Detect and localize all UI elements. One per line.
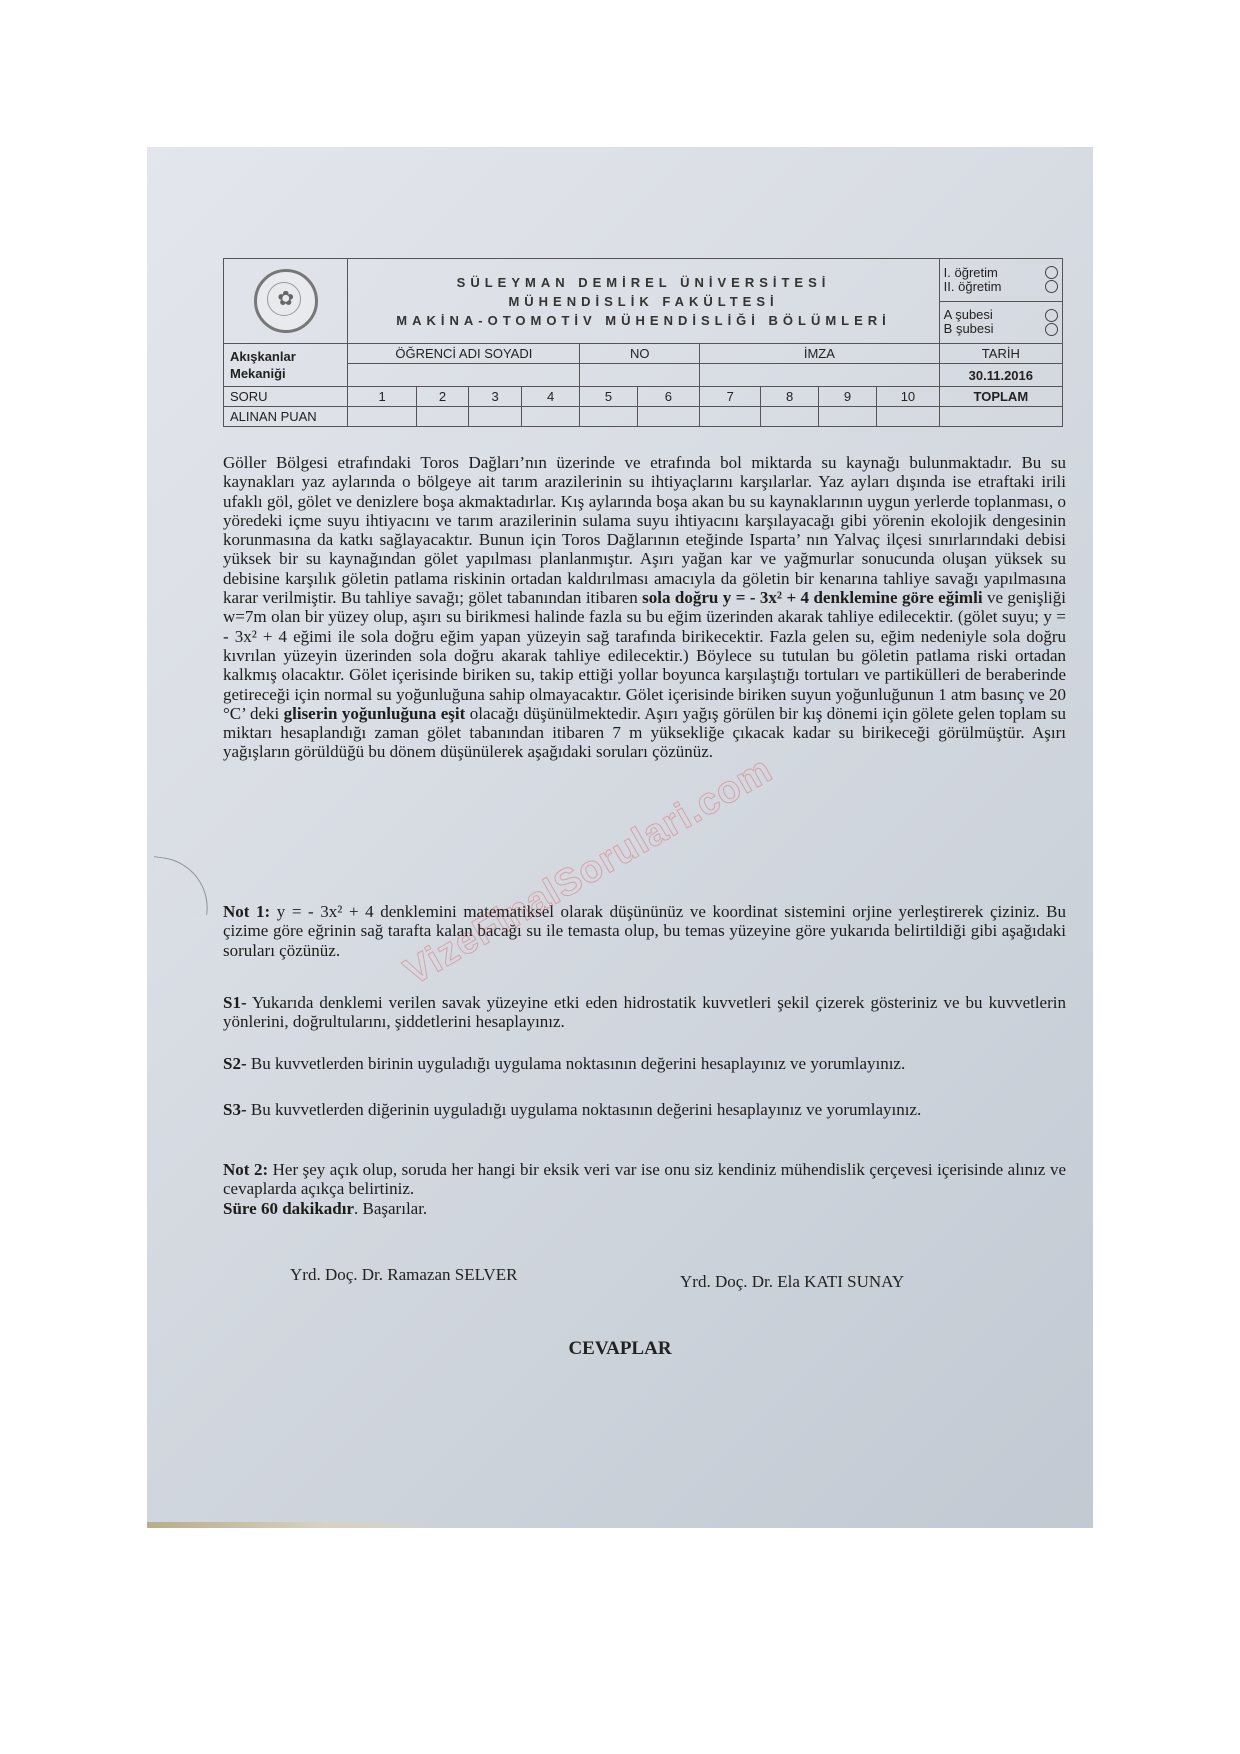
institution-title: SÜLEYMAN DEMİREL ÜNİVERSİTESİ MÜHENDİSLİ… (348, 259, 939, 344)
signature-label: İMZA (700, 344, 940, 364)
closing-text: . Başarılar. (354, 1199, 427, 1218)
score-cell[interactable] (580, 407, 637, 427)
question-row-label: SORU (224, 387, 348, 407)
course-name: Akışkanlar Mekaniği (224, 344, 348, 387)
exam-header-table: SÜLEYMAN DEMİREL ÜNİVERSİTESİ MÜHENDİSLİ… (223, 258, 1063, 427)
score-cell[interactable] (637, 407, 699, 427)
question-number: 6 (637, 387, 699, 407)
signature-field[interactable] (700, 364, 940, 387)
option-label: I. öğretim (944, 266, 998, 280)
section-options: A şubesi B şubesi (939, 301, 1062, 344)
student-no-field[interactable] (580, 364, 700, 387)
question-3: S3- Bu kuvvetlerden diğerinin uyguladığı… (223, 1100, 1066, 1119)
problem-statement: Göller Bölgesi etrafındaki Toros Dağları… (223, 453, 1066, 762)
text-span: Göller Bölgesi etrafındaki Toros Dağları… (223, 453, 1066, 607)
duration-text: Süre 60 dakikadır (223, 1199, 354, 1218)
note-text: y = - 3x² + 4 denklemini matematiksel ol… (223, 902, 1066, 960)
text-span: ve genişliği w=7m olan bir yüzey olup, a… (223, 588, 1066, 723)
faculty-name: MÜHENDİSLİK FAKÜLTESİ (348, 292, 938, 311)
university-name: SÜLEYMAN DEMİREL ÜNİVERSİTESİ (348, 273, 938, 292)
department-name: MAKİNA-OTOMOTİV MÜHENDİSLİĞİ BÖLÜMLERİ (348, 311, 938, 330)
student-name-label: ÖĞRENCİ ADI SOYADI (348, 344, 580, 364)
option-label: II. öğretim (944, 280, 1002, 294)
total-score-cell[interactable] (939, 407, 1062, 427)
question-number: 4 (521, 387, 579, 407)
score-cell[interactable] (700, 407, 761, 427)
question-label: S1- (223, 993, 247, 1012)
question-number: 8 (761, 387, 818, 407)
score-cell[interactable] (521, 407, 579, 427)
radio-circle-icon[interactable] (1045, 309, 1058, 322)
score-cell[interactable] (761, 407, 818, 427)
question-text: Yukarıda denklemi verilen savak yüzeyine… (223, 993, 1066, 1031)
question-text: Bu kuvvetlerden birinin uyguladığı uygul… (247, 1054, 906, 1073)
score-cell[interactable] (818, 407, 876, 427)
note-label: Not 1: (223, 902, 270, 921)
question-2: S2- Bu kuvvetlerden birinin uyguladığı u… (223, 1054, 1066, 1073)
note-label: Not 2: (223, 1160, 268, 1179)
question-label: S2- (223, 1054, 247, 1073)
question-1: S1- Yukarıda denklemi verilen savak yüze… (223, 993, 1066, 1032)
score-cell[interactable] (877, 407, 939, 427)
question-number: 3 (469, 387, 522, 407)
score-cell[interactable] (348, 407, 416, 427)
question-number: 1 (348, 387, 416, 407)
question-number: 5 (580, 387, 637, 407)
radio-circle-icon[interactable] (1045, 280, 1058, 293)
instructor-signature-left: Yrd. Doç. Dr. Ramazan SELVER (290, 1265, 517, 1285)
score-cell[interactable] (416, 407, 469, 427)
date-value: 30.11.2016 (939, 364, 1062, 387)
student-no-label: NO (580, 344, 700, 364)
radio-circle-icon[interactable] (1045, 266, 1058, 279)
score-cell[interactable] (469, 407, 522, 427)
option-label: B şubesi (944, 322, 994, 336)
score-row-label: ALINAN PUAN (224, 407, 348, 427)
radio-circle-icon[interactable] (1045, 323, 1058, 336)
question-number: 2 (416, 387, 469, 407)
total-label: TOPLAM (939, 387, 1062, 407)
note-2: Not 2: Her şey açık olup, soruda her han… (223, 1160, 1066, 1218)
answers-heading: CEVAPLAR (0, 1338, 1240, 1360)
logo-cell (224, 259, 348, 344)
question-label: S3- (223, 1100, 247, 1119)
option-label: A şubesi (944, 308, 993, 322)
note-1: Not 1: y = - 3x² + 4 denklemini matemati… (223, 902, 1066, 960)
emphasis-density: gliserin yoğunluğuna eşit (284, 704, 466, 723)
instructor-signature-right: Yrd. Doç. Dr. Ela KATI SUNAY (680, 1272, 904, 1292)
emphasis-equation: sola doğru y = - 3x² + 4 denklemine göre… (642, 588, 982, 607)
question-text: Bu kuvvetlerden diğerinin uyguladığı uyg… (247, 1100, 922, 1119)
date-label: TARİH (939, 344, 1062, 364)
university-seal-icon (254, 269, 318, 333)
paper-shadow-edge (147, 1522, 447, 1528)
education-options: I. öğretim II. öğretim (939, 259, 1062, 302)
student-name-field[interactable] (348, 364, 580, 387)
question-number: 10 (877, 387, 939, 407)
question-number: 9 (818, 387, 876, 407)
question-number: 7 (700, 387, 761, 407)
note-text: Her şey açık olup, soruda her hangi bir … (223, 1160, 1066, 1198)
